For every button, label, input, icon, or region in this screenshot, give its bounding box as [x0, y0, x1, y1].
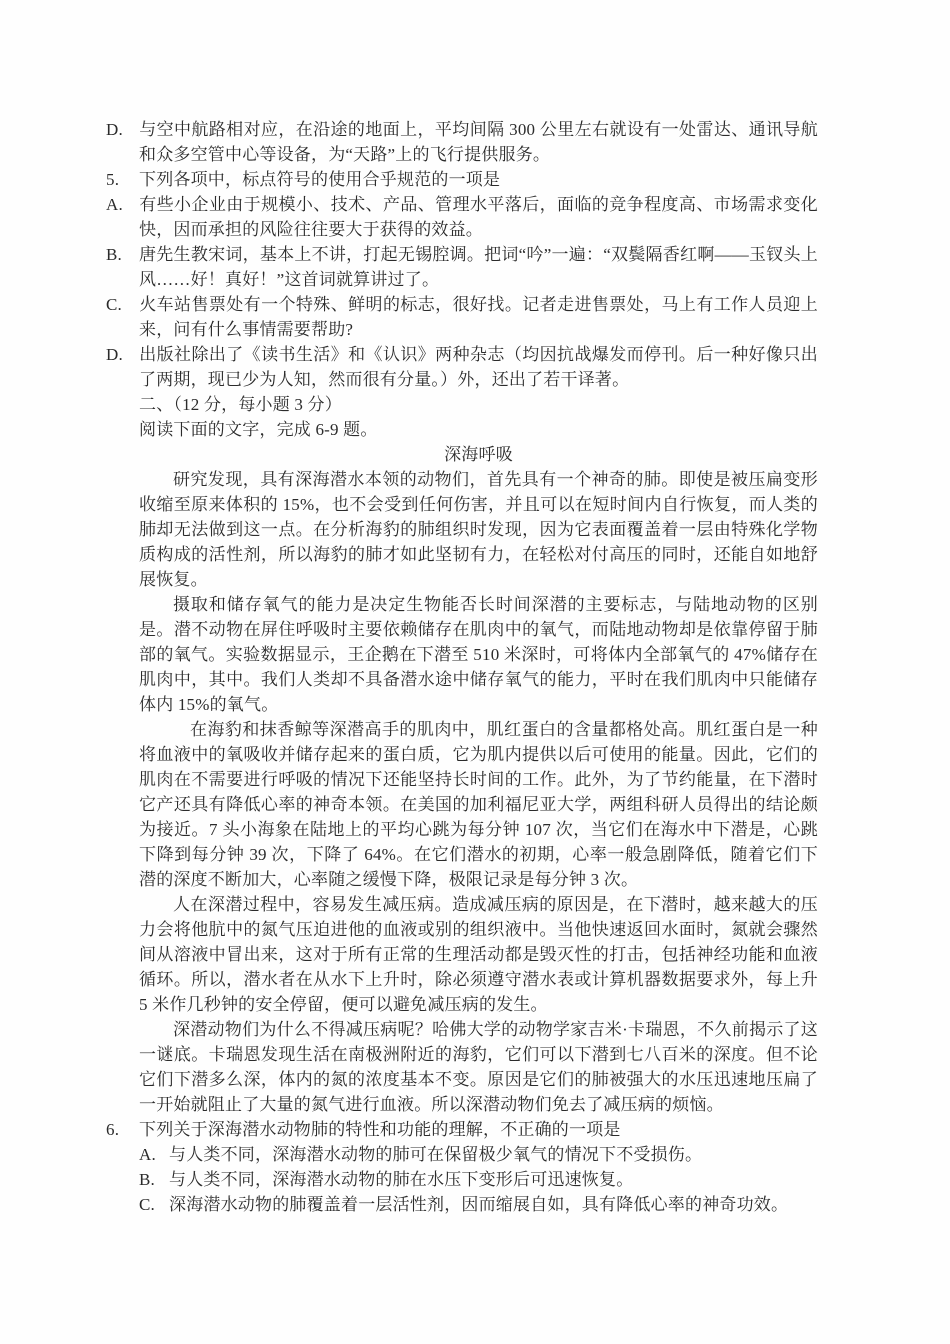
passage-paragraph-4: 人在深潜过程中，容易发生减压病。造成减压病的原因是，在下潜时，越来越大的压力会将… — [139, 892, 818, 1017]
question5-option-d: D.出版社除出了《读书生活》和《认识》两种杂志（均因抗战爆发而停刊。后一种好像只… — [139, 342, 818, 392]
option-text: 出版社除出了《读书生活》和《认识》两种杂志（均因抗战爆发而停刊。后一种好像只出了… — [139, 345, 818, 389]
question6-option-a: A.与人类不同，深海潜水动物的肺可在保留极少氧气的情况下不受损伤。 — [139, 1142, 818, 1167]
option-label: A. — [106, 192, 139, 217]
passage-paragraph-5: 深潜动物们为什么不得减压病呢？哈佛大学的动物学家吉米·卡瑞恩，不久前揭示了这一谜… — [139, 1017, 818, 1117]
question6-option-c: C.深海潜水动物的肺覆盖着一层活性剂，因而缩展自如，具有降低心率的神奇功效。 — [139, 1192, 818, 1217]
passage-paragraph-3: 在海豹和抹香鲸等深潜高手的肌肉中，肌红蛋白的含量都格处高。肌红蛋白是一种将血液中… — [139, 717, 818, 892]
question-number: 6. — [106, 1117, 139, 1142]
question5-option-c: C.火车站售票处有一个特殊、鲜明的标志，很好找。记者走进售票处，马上有工作人员迎… — [139, 292, 818, 342]
question4-option-d: D.与空中航路相对应，在沿途的地面上，平均间隔 300 公里左右就设有一处雷达、… — [139, 117, 818, 167]
option-label: D. — [106, 117, 139, 142]
question6-option-b: B.与人类不同，深海潜水动物的肺在水压下变形后可迅速恢复。 — [139, 1167, 818, 1192]
option-text: 唐先生教宋词，基本上不讲，打起无锡腔调。把词“吟”一遍：“双鬓隔香红啊——玉钗头… — [139, 245, 818, 289]
question5-option-b: B.唐先生教宋词，基本上不讲，打起无锡腔调。把词“吟”一遍：“双鬓隔香红啊——玉… — [139, 242, 818, 292]
option-text: 与人类不同，深海潜水动物的肺可在保留极少氧气的情况下不受损伤。 — [169, 1145, 702, 1164]
option-text: 有些小企业由于规模小、技术、产品、管理水平落后，面临的竞争程度高、市场需求变化快… — [139, 195, 818, 239]
option-label: D. — [106, 342, 139, 367]
option-label: A. — [139, 1142, 169, 1167]
option-label: C. — [139, 1192, 169, 1217]
option-label: B. — [106, 242, 139, 267]
question-5-stem: 5.下列各项中，标点符号的使用合乎规范的一项是 — [139, 167, 818, 192]
passage-title: 深海呼吸 — [139, 442, 818, 467]
passage-paragraph-1: 研究发现，具有深海潜水本领的动物们，首先具有一个神奇的肺。即使是被压扁变形收缩至… — [139, 467, 818, 592]
reading-instruction: 阅读下面的文字，完成 6-9 题。 — [139, 417, 818, 442]
option-text: 火车站售票处有一个特殊、鲜明的标志，很好找。记者走进售票处，马上有工作人员迎上来… — [139, 295, 818, 339]
question-6-stem: 6.下列关于深海潜水动物肺的特性和功能的理解，不正确的一项是 — [139, 1117, 818, 1142]
option-label: B. — [139, 1167, 169, 1192]
document-page: D.与空中航路相对应，在沿途的地面上，平均间隔 300 公里左右就设有一处雷达、… — [0, 0, 950, 1344]
option-text: 与空中航路相对应，在沿途的地面上，平均间隔 300 公里左右就设有一处雷达、通讯… — [139, 120, 818, 164]
question-text: 下列关于深海潜水动物肺的特性和功能的理解，不正确的一项是 — [139, 1120, 621, 1139]
exam-content: D.与空中航路相对应，在沿途的地面上，平均间隔 300 公里左右就设有一处雷达、… — [139, 117, 818, 1217]
question5-option-a: A.有些小企业由于规模小、技术、产品、管理水平落后，面临的竞争程度高、市场需求变… — [139, 192, 818, 242]
option-text: 深海潜水动物的肺覆盖着一层活性剂，因而缩展自如，具有降低心率的神奇功效。 — [169, 1195, 788, 1214]
option-text: 与人类不同，深海潜水动物的肺在水压下变形后可迅速恢复。 — [169, 1170, 633, 1189]
section-2-heading: 二、（12 分，每小题 3 分） — [139, 392, 818, 417]
passage-paragraph-2: 摄取和储存氧气的能力是决定生物能否长时间深潜的主要标志，与陆地动物的区别是。潜不… — [139, 592, 818, 717]
question-text: 下列各项中，标点符号的使用合乎规范的一项是 — [139, 170, 500, 189]
option-label: C. — [106, 292, 139, 317]
question-number: 5. — [106, 167, 139, 192]
